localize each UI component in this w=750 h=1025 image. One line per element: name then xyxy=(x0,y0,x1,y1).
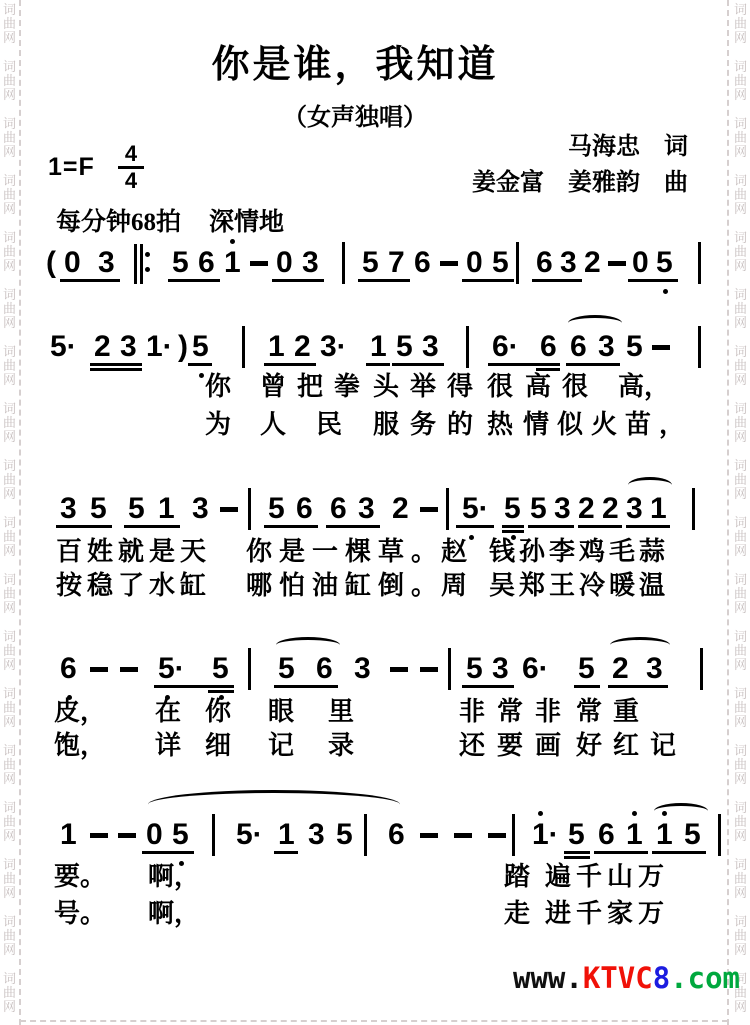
note: 1 xyxy=(268,332,285,362)
dash-note xyxy=(440,261,458,266)
beam-underline xyxy=(366,363,390,366)
beam-underline xyxy=(90,363,142,366)
note: 1 xyxy=(224,248,241,278)
note: 5 xyxy=(504,494,521,524)
note: 1 xyxy=(158,494,175,524)
barline xyxy=(212,814,215,856)
note: ( xyxy=(46,248,56,278)
note: 6 xyxy=(60,654,77,684)
note: 0 xyxy=(146,820,163,850)
note: 2 xyxy=(584,248,601,278)
dash-note xyxy=(90,833,108,838)
music-line: (03561035760563205 xyxy=(0,248,750,298)
note: 5 xyxy=(396,332,413,362)
barline xyxy=(700,648,703,690)
note: 6 xyxy=(330,494,347,524)
beam-underline xyxy=(566,363,620,366)
note: 5 xyxy=(362,248,379,278)
note: 5 xyxy=(172,248,189,278)
beam-underline xyxy=(124,525,180,528)
beam-underline xyxy=(502,525,524,528)
note: 7 xyxy=(388,248,405,278)
note: 5· xyxy=(236,820,263,850)
beam-underline xyxy=(60,279,120,282)
note: 5 xyxy=(568,820,585,850)
lyric-segment: 啊， xyxy=(148,899,200,928)
dash-note xyxy=(90,667,108,672)
note: 5 xyxy=(128,494,145,524)
dash-note xyxy=(420,833,438,838)
lyric-segment: 要。 xyxy=(54,862,106,891)
note: 5 xyxy=(492,248,509,278)
note: 2 xyxy=(602,494,619,524)
lyric-segment: 录 xyxy=(328,731,354,760)
note: 5 xyxy=(684,820,701,850)
octave-dot-above xyxy=(230,239,235,244)
dash-note xyxy=(390,667,408,672)
beam-underline xyxy=(188,363,212,366)
beam-underline xyxy=(56,525,112,528)
lyric-segment: 你 xyxy=(205,697,231,726)
note: 6 xyxy=(414,248,431,278)
lyric-segment: 常重 xyxy=(576,697,650,726)
beam-underline xyxy=(154,685,234,688)
barline xyxy=(448,648,451,690)
note: 3 xyxy=(60,494,77,524)
beam-underline xyxy=(488,363,560,366)
lyric-segment: 哪怕油缸倒。 xyxy=(246,571,444,600)
lyric-segment: 钱孙李鸡毛蒜 xyxy=(489,537,669,566)
note: 5 xyxy=(172,820,189,850)
lyric-segment: 还要画 xyxy=(459,731,573,760)
dash-note xyxy=(420,507,438,512)
octave-dot-above xyxy=(538,811,543,816)
note: 5 xyxy=(90,494,107,524)
barline xyxy=(692,488,695,530)
note: 3· xyxy=(320,332,347,362)
lyric-segment: 服务的 xyxy=(373,410,484,439)
note: 3 xyxy=(492,654,509,684)
note: 6 xyxy=(296,494,313,524)
beam-underline xyxy=(502,530,524,533)
score-area: (035610357605632055·231·)5123·1536·6635你… xyxy=(0,0,750,1025)
lyric-segment: 非常非 xyxy=(459,697,573,726)
beam-underline xyxy=(594,851,648,854)
note: 6 xyxy=(316,654,333,684)
barline xyxy=(248,648,251,690)
note: 1 xyxy=(60,820,77,850)
note: 6 xyxy=(198,248,215,278)
note: 3 xyxy=(120,332,137,362)
note: 6· xyxy=(492,332,519,362)
beam-underline xyxy=(574,685,600,688)
beam-underline xyxy=(264,363,316,366)
lyric-segment: 按稳了水缸 xyxy=(56,571,211,600)
beam-underline xyxy=(462,279,514,282)
beam-underline xyxy=(578,525,622,528)
beam-underline xyxy=(358,279,410,282)
repeat-dot xyxy=(145,252,150,257)
beam-underline xyxy=(274,685,338,688)
beam-underline xyxy=(626,525,670,528)
lyric-segment: 为 xyxy=(205,410,231,439)
beam-underline xyxy=(326,525,380,528)
slur-arc xyxy=(610,637,670,653)
note: 6 xyxy=(388,820,405,850)
lyric-segment: 高很 xyxy=(525,372,599,401)
note: 1 xyxy=(370,332,387,362)
note: 1 xyxy=(626,820,643,850)
note: 5 xyxy=(212,654,229,684)
note: 3 xyxy=(646,654,663,684)
dash-note xyxy=(454,833,472,838)
lyric-segment: 记 xyxy=(268,731,294,760)
site-eight: 8 xyxy=(653,961,670,995)
lyric-segment: 啊， xyxy=(148,862,200,891)
lyric-segment: 吴郑王冷暖温 xyxy=(489,571,669,600)
note: 6· xyxy=(522,654,549,684)
barline xyxy=(466,326,469,368)
slur-arc xyxy=(568,315,622,331)
note: 6 xyxy=(536,248,553,278)
note: 2 xyxy=(392,494,409,524)
lyric-segment: 号。 xyxy=(54,899,106,928)
barline xyxy=(342,242,345,284)
note: 5 xyxy=(530,494,547,524)
lyric-segment: 皮， xyxy=(54,697,106,726)
note: 0 xyxy=(64,248,81,278)
slur-arc xyxy=(276,637,340,653)
note: 1· xyxy=(146,332,173,362)
lyric-segment: 情似火苗， xyxy=(523,410,693,439)
dash-note xyxy=(220,507,238,512)
beam-underline xyxy=(564,851,590,854)
slur-arc xyxy=(654,803,708,819)
lyric-segment: 在 xyxy=(155,697,181,726)
note: 6 xyxy=(598,820,615,850)
beam-underline xyxy=(392,363,444,366)
note: 1 xyxy=(650,494,667,524)
note: 5· xyxy=(50,332,77,362)
note: 5· xyxy=(158,654,185,684)
note: 3 xyxy=(626,494,643,524)
note: 0 xyxy=(276,248,293,278)
beam-underline xyxy=(536,368,560,371)
lyric-segment: 走 xyxy=(504,899,530,928)
lyric-segment: 详 xyxy=(155,731,181,760)
lyric-segment: 好红记 xyxy=(576,731,687,760)
barline xyxy=(698,326,701,368)
repeat-sign xyxy=(134,244,154,284)
note: 5 xyxy=(278,654,295,684)
barline xyxy=(242,326,245,368)
beam-underline xyxy=(532,279,582,282)
barline xyxy=(516,242,519,284)
dash-note xyxy=(420,667,438,672)
note: 6 xyxy=(540,332,557,362)
lyric-segment: 曾把拳 xyxy=(260,372,371,401)
slur-arc xyxy=(628,477,672,493)
site-www: www. xyxy=(513,961,583,995)
barline xyxy=(512,814,515,856)
note: 0 xyxy=(632,248,649,278)
slur-arc xyxy=(148,790,400,819)
barline xyxy=(364,814,367,856)
octave-dot-below xyxy=(199,373,204,378)
lyric-segment: 热 xyxy=(487,410,513,439)
note: 3 xyxy=(358,494,375,524)
note: 1 xyxy=(656,820,673,850)
lyric-segment: 进千家万 xyxy=(545,899,669,928)
note: 5· xyxy=(462,494,489,524)
note: 5 xyxy=(268,494,285,524)
lyric-segment: 赵 xyxy=(441,537,467,566)
dash-note xyxy=(488,833,506,838)
beam-underline xyxy=(208,690,234,693)
beam-underline xyxy=(272,279,324,282)
lyric-segment: 饱， xyxy=(54,731,106,760)
dash-note xyxy=(250,261,268,266)
lyric-segment: 头举得 xyxy=(373,372,484,401)
note: 3 xyxy=(302,248,319,278)
note: 5 xyxy=(466,654,483,684)
beam-underline xyxy=(528,525,574,528)
lyric-segment: 遍千山万 xyxy=(545,862,669,891)
note: 3 xyxy=(422,332,439,362)
beam-underline xyxy=(462,685,514,688)
lyric-segment: 民 xyxy=(316,410,342,439)
octave-dot-above xyxy=(632,811,637,816)
octave-dot-below xyxy=(469,535,474,540)
beam-underline xyxy=(274,851,298,854)
beam-underline xyxy=(456,525,494,528)
beam-underline xyxy=(142,851,194,854)
note: 5 xyxy=(578,654,595,684)
dash-note xyxy=(118,833,136,838)
site-com: .com xyxy=(670,961,740,995)
site-watermark: www.KTVC8.com xyxy=(513,961,740,995)
note: 2 xyxy=(612,654,629,684)
lyric-segment: 里 xyxy=(328,697,354,726)
note: 3 xyxy=(354,654,371,684)
beam-underline xyxy=(564,856,590,859)
beam-underline xyxy=(628,279,678,282)
note: 1 xyxy=(278,820,295,850)
beam-underline xyxy=(90,368,142,371)
note: 5 xyxy=(626,332,643,362)
barline xyxy=(248,488,251,530)
note: 2 xyxy=(578,494,595,524)
note: 3 xyxy=(192,494,209,524)
lyric-segment: 细 xyxy=(205,731,231,760)
repeat-dot xyxy=(145,267,150,272)
note: 3 xyxy=(98,248,115,278)
lyric-segment: 人 xyxy=(260,410,286,439)
dash-note xyxy=(608,261,626,266)
note: ) xyxy=(178,332,188,362)
lyric-segment: 高， xyxy=(618,372,670,401)
note: 6 xyxy=(570,332,587,362)
note: 3 xyxy=(598,332,615,362)
beam-underline xyxy=(652,851,706,854)
note: 3 xyxy=(308,820,325,850)
lyric-segment: 百姓就是天 xyxy=(56,537,211,566)
note: 3 xyxy=(560,248,577,278)
note: 5 xyxy=(336,820,353,850)
octave-dot-below xyxy=(663,289,668,294)
lyric-segment: 你 xyxy=(205,372,231,401)
beam-underline xyxy=(608,685,668,688)
lyric-segment: 周 xyxy=(441,571,467,600)
note: 5 xyxy=(192,332,209,362)
repeat-bar xyxy=(134,244,137,284)
dash-note xyxy=(120,667,138,672)
dash-note xyxy=(652,345,670,350)
lyric-segment: 很 xyxy=(487,372,513,401)
lyric-segment: 你是一棵草。 xyxy=(246,537,444,566)
lyric-segment: 眼 xyxy=(268,697,294,726)
note: 0 xyxy=(466,248,483,278)
barline xyxy=(718,814,721,856)
site-ktvc: KTVC xyxy=(583,961,653,995)
note: 1· xyxy=(532,820,559,850)
lyric-segment: 踏 xyxy=(504,862,530,891)
barline xyxy=(698,242,701,284)
barline xyxy=(446,488,449,530)
beam-underline xyxy=(264,525,318,528)
note: 2 xyxy=(94,332,111,362)
repeat-bar xyxy=(140,244,143,284)
beam-underline xyxy=(168,279,220,282)
note: 2 xyxy=(294,332,311,362)
note: 5 xyxy=(656,248,673,278)
note: 3 xyxy=(554,494,571,524)
sheet-music-page: 词曲网词曲网词曲网词曲网词曲网词曲网词曲网词曲网词曲网词曲网词曲网词曲网词曲网词… xyxy=(0,0,750,1025)
